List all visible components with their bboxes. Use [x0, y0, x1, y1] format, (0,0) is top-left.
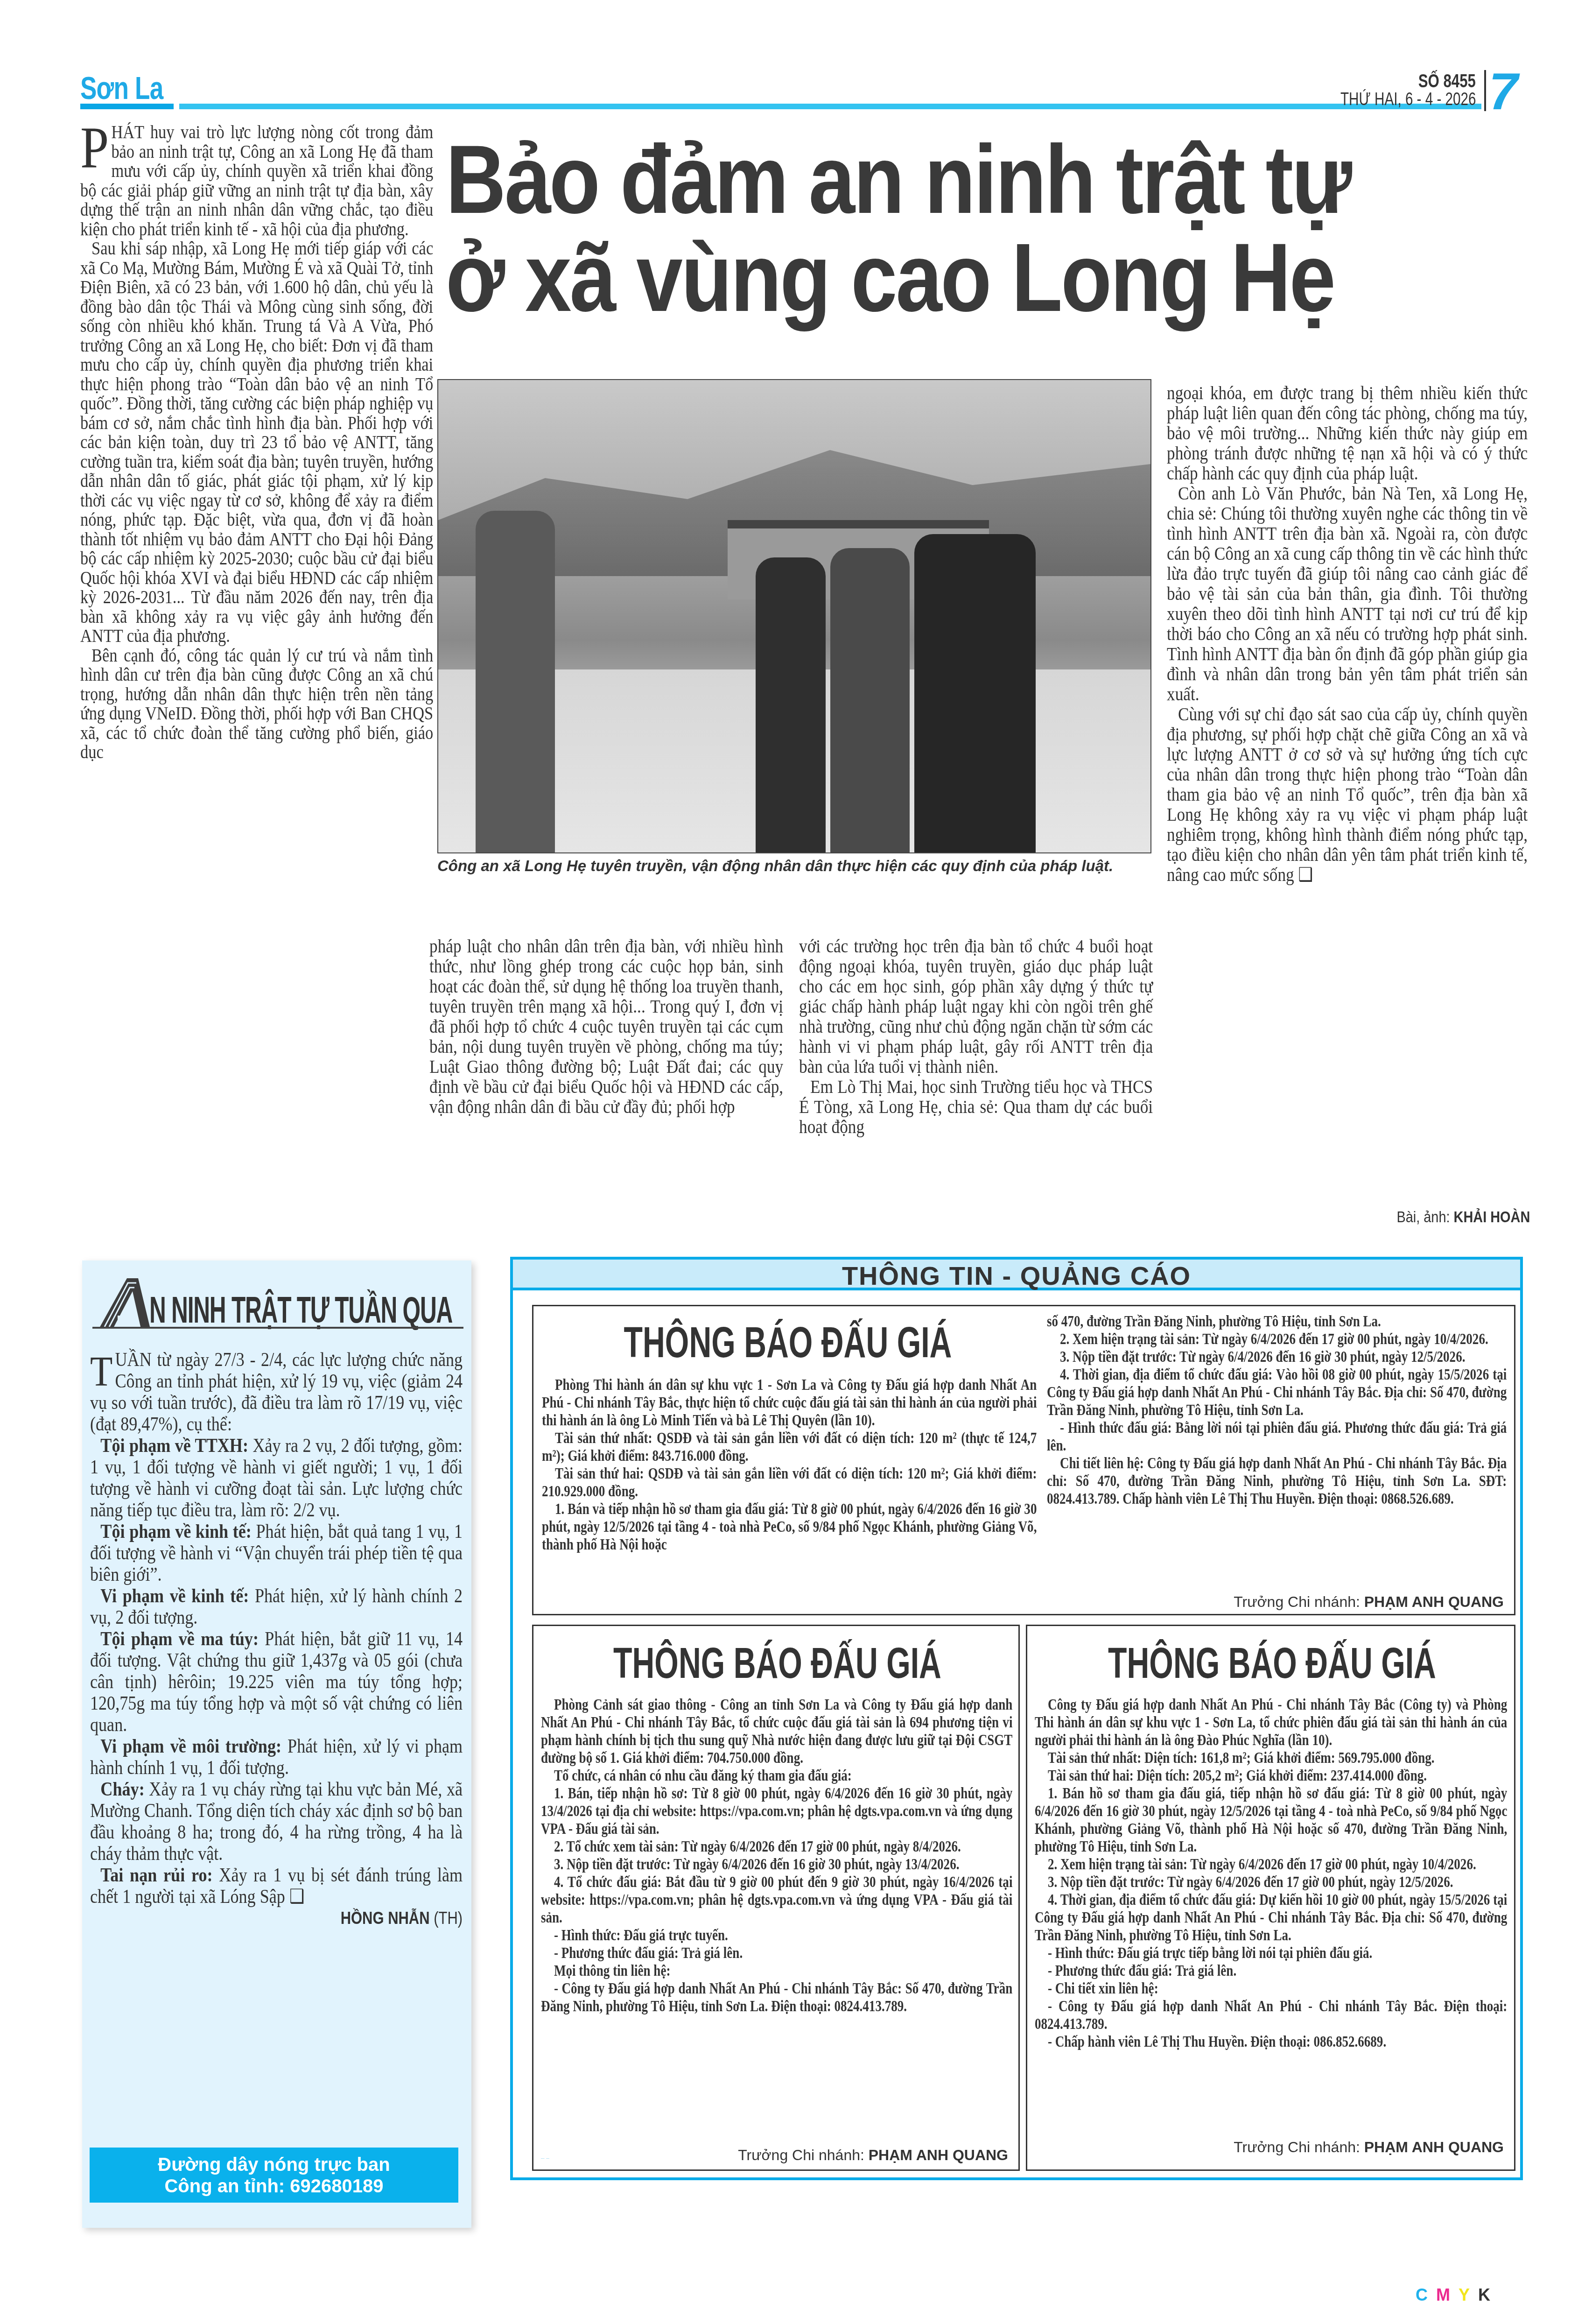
cmyk-k: K: [1478, 2285, 1499, 2304]
security-item: Cháy: Xảy ra 1 vụ cháy rừng tại khu vực …: [90, 1779, 463, 1865]
notice-item-with-link: 1. Bán, tiếp nhận hồ sơ: Từ 8 giờ 00 phú…: [541, 1785, 1012, 1838]
ads-header-title: THÔNG TIN - QUẢNG CÁO: [513, 1260, 1520, 1292]
header-accent-bar: [80, 104, 174, 109]
photo-officer: [476, 511, 555, 853]
security-box-body: TUẦN từ ngày 27/3 - 2/4, các lực lượng c…: [90, 1349, 463, 1929]
dropcap: P: [80, 124, 111, 171]
dgts-link[interactable]: dgts.vpa.com.vn: [546, 2159, 549, 2159]
cmyk-y: Y: [1459, 2285, 1478, 2304]
security-box-signature: HỒNG NHẪN (TH): [90, 1908, 463, 1929]
paragraph: Sau khi sáp nhập, xã Long Hẹ mới tiếp gi…: [80, 239, 433, 646]
notice-signature: Trưởng Chi nhánh: PHẠM ANH QUANG: [1234, 1593, 1504, 1611]
hotline-banner: Đường dây nóng trực ban Công an tỉnh: 69…: [90, 2148, 458, 2203]
notice-body: Công ty Đấu giá hợp danh Nhất An Phú - C…: [1035, 1696, 1507, 2051]
article-column-1: PHÁT huy vai trò lực lượng nòng cốt tron…: [80, 122, 434, 1236]
hotline-number: Công an tỉnh: 692680189: [90, 2176, 458, 2197]
paragraph: Em Lò Thị Mai, học sinh Trường tiểu học …: [799, 1077, 1153, 1137]
notice-title: THÔNG BÁO ĐẤU GIÁ: [1096, 1639, 1448, 1688]
notice-signature: Trưởng Chi nhánh: PHẠM ANH QUANG: [1234, 2139, 1504, 2156]
security-box-title: N NINH TRẬT TỰ TUẦN QUA: [149, 1289, 452, 1331]
auction-notice-3: THÔNG BÁO ĐẤU GIÁ Công ty Đấu giá hợp da…: [1026, 1625, 1515, 2171]
security-item: Tội phạm về TTXH: Xảy ra 2 vụ, 2 đối tượ…: [90, 1435, 463, 1521]
links-row: https://vpa.com.vn dgts.vpa.com.vn: [541, 2153, 549, 2161]
paragraph: ngoại khóa, em được trang bị thêm nhiều …: [1167, 383, 1528, 483]
photo-caption: Công an xã Long Hẹ tuyên truyền, vận độn…: [437, 857, 1151, 875]
page-number: 7: [1489, 65, 1518, 118]
security-item: Tai nạn rủi ro: Xảy ra 1 vụ bị sét đánh …: [90, 1865, 463, 1908]
paragraph: HÁT huy vai trò lực lượng nòng cốt trong…: [80, 122, 433, 239]
notice-body-right: số 470, đường Trần Đăng Ninh, phường Tô …: [1047, 1313, 1507, 1508]
auction-notice-2: THÔNG BÁO ĐẤU GIÁ Phòng Cảnh sát giao th…: [532, 1625, 1020, 2171]
article-column-3: với các trường học trên địa bàn tổ chức …: [799, 936, 1154, 1235]
article-photo: [437, 379, 1151, 853]
notice-body: Phòng Cảnh sát giao thông - Công an tỉnh…: [541, 1696, 1012, 2015]
a-logo-icon: [99, 1278, 150, 1331]
notice-signature: Trưởng Chi nhánh: PHẠM ANH QUANG: [738, 2147, 1008, 2164]
paragraph: Cùng với sự chỉ đạo sát sao của cấp ủy, …: [1167, 704, 1528, 885]
photo-villager-2: [830, 548, 910, 853]
paragraph: pháp luật cho nhân dân trên địa bàn, với…: [429, 936, 783, 1117]
headline-line-1: Bảo đảm an ninh trật tự: [446, 131, 1369, 229]
author-name: KHẢI HOÀN: [1453, 1208, 1530, 1226]
notice-title: THÔNG BÁO ĐẤU GIÁ: [605, 1318, 971, 1367]
header-rule: [179, 104, 1481, 109]
security-item: Tội phạm về kinh tế: Phát hiện, bắt quả …: [90, 1521, 463, 1585]
paragraph: với các trường học trên địa bàn tổ chức …: [799, 936, 1153, 1077]
security-item: Vi phạm về kinh tế: Phát hiện, xử lý hàn…: [90, 1585, 463, 1628]
security-item: Tội phạm về ma túy: Phát hiện, bắt giữ 1…: [90, 1628, 463, 1736]
auction-notice-1: THÔNG BÁO ĐẤU GIÁ Phòng Thi hành án dân …: [532, 1305, 1515, 1615]
photo-villager-3: [914, 534, 1036, 853]
paragraph: Còn anh Lò Văn Phước, bản Nà Ten, xã Lon…: [1167, 483, 1528, 704]
vpa-website-link[interactable]: https://vpa.com.vn: [541, 2159, 544, 2159]
paragraph: Bên cạnh đó, công tác quản lý cư trú và …: [80, 646, 433, 762]
notice-body-left: Phòng Thi hành án dân sự khu vực 1 - Sơn…: [542, 1376, 1037, 1554]
dropcap: T: [90, 1351, 115, 1391]
issue-date: THỨ HAI, 6 - 4 - 2026: [1340, 90, 1476, 110]
photo-villager-1: [756, 557, 826, 853]
article-column-2: pháp luật cho nhân dân trên địa bàn, với…: [429, 936, 784, 1235]
notice-title: THÔNG BÁO ĐẤU GIÁ: [602, 1639, 953, 1688]
header-separator: [1484, 70, 1486, 111]
article-byline: Bài, ảnh: KHẢI HOÀN: [1396, 1208, 1530, 1226]
article-column-4: ngoại khóa, em được trang bị thêm nhiều …: [1167, 383, 1529, 1218]
headline-line-2: ở xã vùng cao Long Hẹ: [446, 229, 1369, 327]
security-item: Vi phạm về môi trường: Phát hiện, xử lý …: [90, 1736, 463, 1779]
article-headline: Bảo đảm an ninh trật tự ở xã vùng cao Lo…: [446, 131, 1369, 327]
issue-number: SỐ 8455: [1418, 71, 1476, 92]
section-name: Sơn La: [80, 70, 163, 106]
cmyk-c: C: [1416, 2285, 1436, 2304]
security-box-rule: [92, 1327, 463, 1329]
hotline-line-1: Đường dây nóng trực ban: [90, 2154, 458, 2176]
cmyk-marks: CMYK: [1416, 2285, 1499, 2305]
cmyk-m: M: [1436, 2285, 1459, 2304]
